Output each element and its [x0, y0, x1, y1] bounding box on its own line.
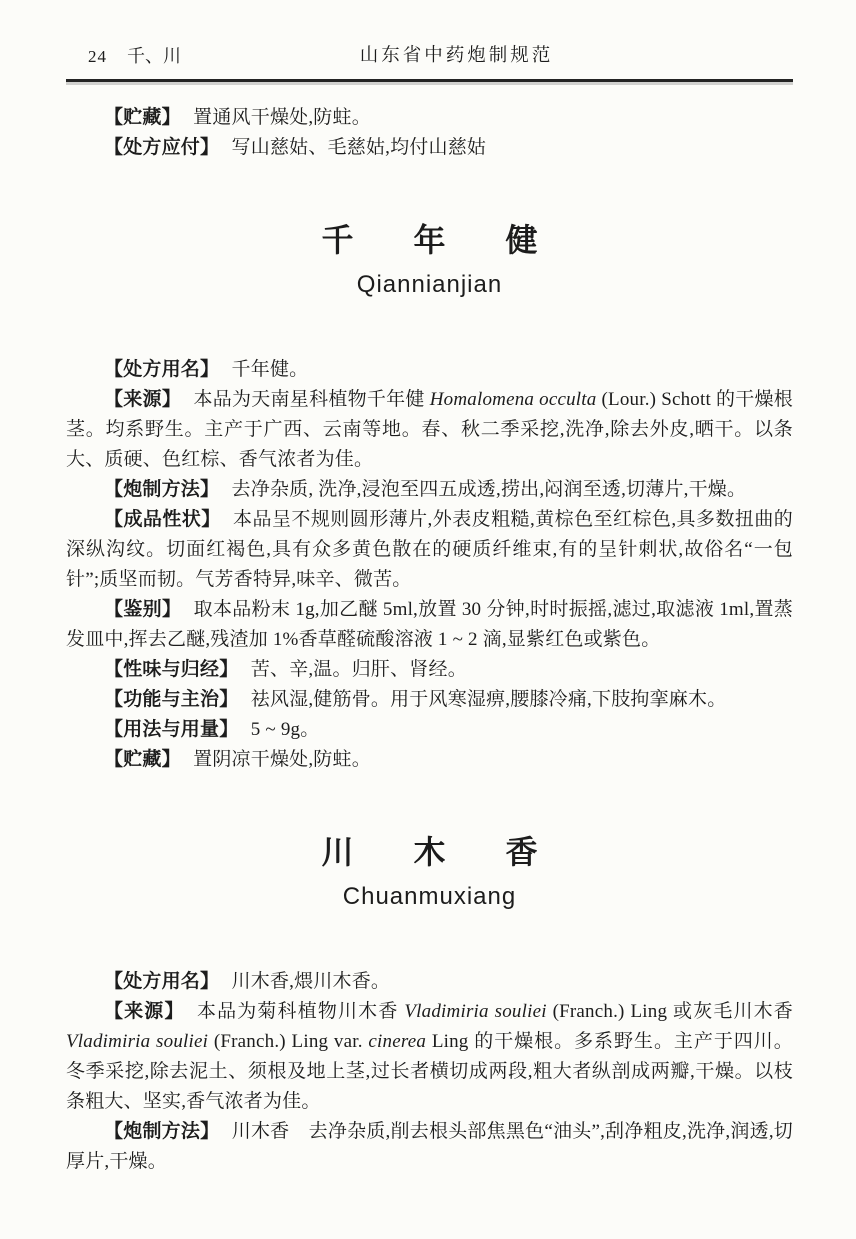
field-label: 【用法与用量】	[104, 719, 238, 740]
page-body: 【贮藏】置通风干燥处,防蛀。 【处方应付】写山慈姑、毛慈姑,均付山慈姑 千年健 …	[66, 103, 793, 1177]
field-label: 【贮藏】	[104, 749, 181, 770]
field-text: 置阴凉干燥处,防蛀。	[193, 749, 371, 770]
field-laiyuan: 【来源】本品为菊科植物川木香 Vladimiria souliei (Franc…	[66, 997, 793, 1117]
field-text: 川木香,煨川木香。	[232, 971, 391, 992]
field-zhucang-prev: 【贮藏】置通风干燥处,防蛀。	[66, 103, 793, 133]
field-laiyuan: 【来源】本品为天南星科植物千年健 Homalomena occulta (Lou…	[66, 385, 793, 475]
field-label: 【炮制方法】	[104, 1121, 219, 1142]
entry-title: 千年健	[66, 219, 793, 261]
field-label: 【成品性状】	[104, 509, 221, 530]
field-chufang-yongming: 【处方用名】川木香,煨川木香。	[66, 967, 793, 997]
field-label: 【贮藏】	[104, 107, 181, 128]
field-chufang-yongming: 【处方用名】千年健。	[66, 355, 793, 385]
entry-title: 川木香	[66, 831, 793, 873]
field-text: 写山慈姑、毛慈姑,均付山慈姑	[232, 137, 487, 158]
entry-pinyin: Qiannianjian	[66, 269, 793, 301]
field-chengpin-xingzhuang: 【成品性状】本品呈不规则圆形薄片,外表皮粗糙,黄棕色至红棕色,具多数扭曲的深纵沟…	[66, 505, 793, 595]
field-text: 5 ~ 9g。	[251, 719, 320, 740]
book-title: 山东省中药炮制规范	[93, 44, 820, 68]
field-gongneng-zhuzhi: 【功能与主治】祛风湿,健筋骨。用于风寒湿痹,腰膝冷痛,下肢拘挛麻木。	[66, 685, 793, 715]
entry-chuanmuxiang: 川木香 Chuanmuxiang 【处方用名】川木香,煨川木香。 【来源】本品为…	[66, 831, 793, 1177]
field-label: 【炮制方法】	[104, 479, 219, 500]
field-text: 置通风干燥处,防蛀。	[193, 107, 371, 128]
field-label: 【性味与归经】	[104, 659, 238, 680]
field-label: 【功能与主治】	[104, 689, 238, 710]
field-label: 【处方应付】	[104, 137, 219, 158]
field-text: 千年健。	[232, 359, 309, 380]
field-label: 【来源】	[104, 1001, 185, 1022]
field-paozhi-fangfa: 【炮制方法】川木香 去净杂质,削去根头部焦黑色“油头”,刮净粗皮,洗净,润透,切…	[66, 1117, 793, 1177]
field-text: 去净杂质, 洗净,浸泡至四五成透,捞出,闷润至透,切薄片,干燥。	[232, 479, 747, 500]
field-text: 苦、辛,温。归肝、肾经。	[251, 659, 467, 680]
field-yongfa-yongliang: 【用法与用量】5 ~ 9g。	[66, 715, 793, 745]
document-page: 24千、川 山东省中药炮制规范 【贮藏】置通风干燥处,防蛀。 【处方应付】写山慈…	[0, 0, 856, 1239]
field-zhucang: 【贮藏】置阴凉干燥处,防蛀。	[66, 745, 793, 775]
field-label: 【处方用名】	[104, 359, 219, 380]
entry-pinyin: Chuanmuxiang	[66, 881, 793, 913]
entry-body: 【处方用名】川木香,煨川木香。 【来源】本品为菊科植物川木香 Vladimiri…	[66, 967, 793, 1177]
field-label: 【来源】	[104, 389, 181, 410]
page-header: 24千、川 山东省中药炮制规范	[66, 0, 793, 68]
entry-qiannianjian: 千年健 Qiannianjian 【处方用名】千年健。 【来源】本品为天南星科植…	[66, 219, 793, 775]
field-text: 祛风湿,健筋骨。用于风寒湿痹,腰膝冷痛,下肢拘挛麻木。	[251, 689, 727, 710]
field-label: 【处方用名】	[104, 971, 219, 992]
header-rule	[66, 79, 793, 82]
field-paozhi-fangfa: 【炮制方法】去净杂质, 洗净,浸泡至四五成透,捞出,闷润至透,切薄片,干燥。	[66, 475, 793, 505]
entry-body: 【处方用名】千年健。 【来源】本品为天南星科植物千年健 Homalomena o…	[66, 355, 793, 775]
field-jianbie: 【鉴别】取本品粉末 1g,加乙醚 5ml,放置 30 分钟,时时振摇,滤过,取滤…	[66, 595, 793, 655]
field-chufang-yingfu: 【处方应付】写山慈姑、毛慈姑,均付山慈姑	[66, 133, 793, 163]
field-xingwei-guijing: 【性味与归经】苦、辛,温。归肝、肾经。	[66, 655, 793, 685]
field-label: 【鉴别】	[104, 599, 181, 620]
leading-entries: 【贮藏】置通风干燥处,防蛀。 【处方应付】写山慈姑、毛慈姑,均付山慈姑	[66, 103, 793, 163]
